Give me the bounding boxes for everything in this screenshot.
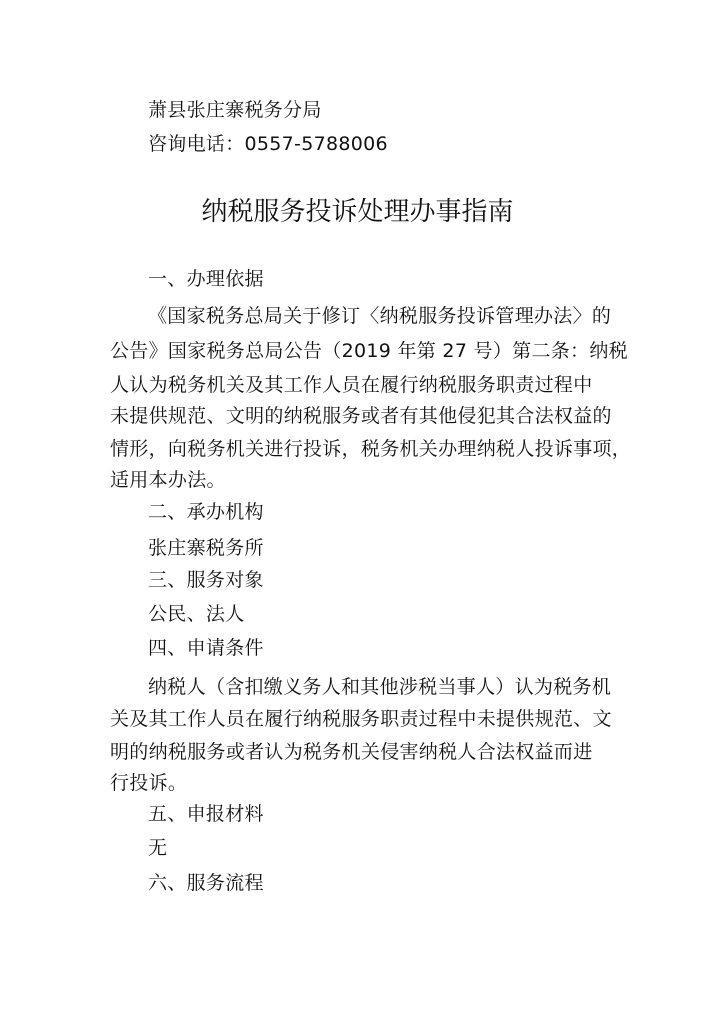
section-heading-1: 一、办理依据 [148,267,264,291]
phone-line: 咨询电话：0557-5788006 [148,132,388,156]
paragraph-line: 《国家税务总局关于修订〈纳税服务投诉管理办法〉的 [148,304,611,328]
paragraph-line: 公民、法人 [148,602,245,626]
paragraph-line: 明的纳税服务或者认为税务机关侵害纳税人合法权益而进 [110,740,593,764]
section-heading-2: 二、承办机构 [148,500,264,524]
paragraph-line: 无 [148,836,167,860]
paragraph-line: 公告》国家税务总局公告（2019 年第 27 号）第二条：纳税 [110,339,628,363]
section-heading-6: 六、服务流程 [148,871,264,895]
page-title: 纳税服务投诉处理办事指南 [0,196,715,228]
paragraph-line: 纳税人（含扣缴义务人和其他涉税当事人）认为税务机 [148,675,611,699]
paragraph-line: 关及其工作人员在履行纳税服务职责过程中未提供规范、文 [110,707,612,731]
section-heading-4: 四、申请条件 [148,636,264,660]
paragraph-line: 未提供规范、文明的纳税服务或者有其他侵犯其合法权益的 [110,404,612,428]
paragraph-line: 情形，向税务机关进行投诉，税务机关办理纳税人投诉事项， [110,437,631,461]
office-name: 萧县张庄寨税务分局 [148,98,322,122]
paragraph-line: 张庄寨税务所 [148,536,264,560]
paragraph-line: 行投诉。 [110,771,187,795]
paragraph-line: 人认为税务机关及其工作人员在履行纳税服务职责过程中 [110,373,593,397]
section-heading-5: 五、申报材料 [148,802,264,826]
section-heading-3: 三、服务对象 [148,568,264,592]
paragraph-line: 适用本办法。 [110,468,226,492]
